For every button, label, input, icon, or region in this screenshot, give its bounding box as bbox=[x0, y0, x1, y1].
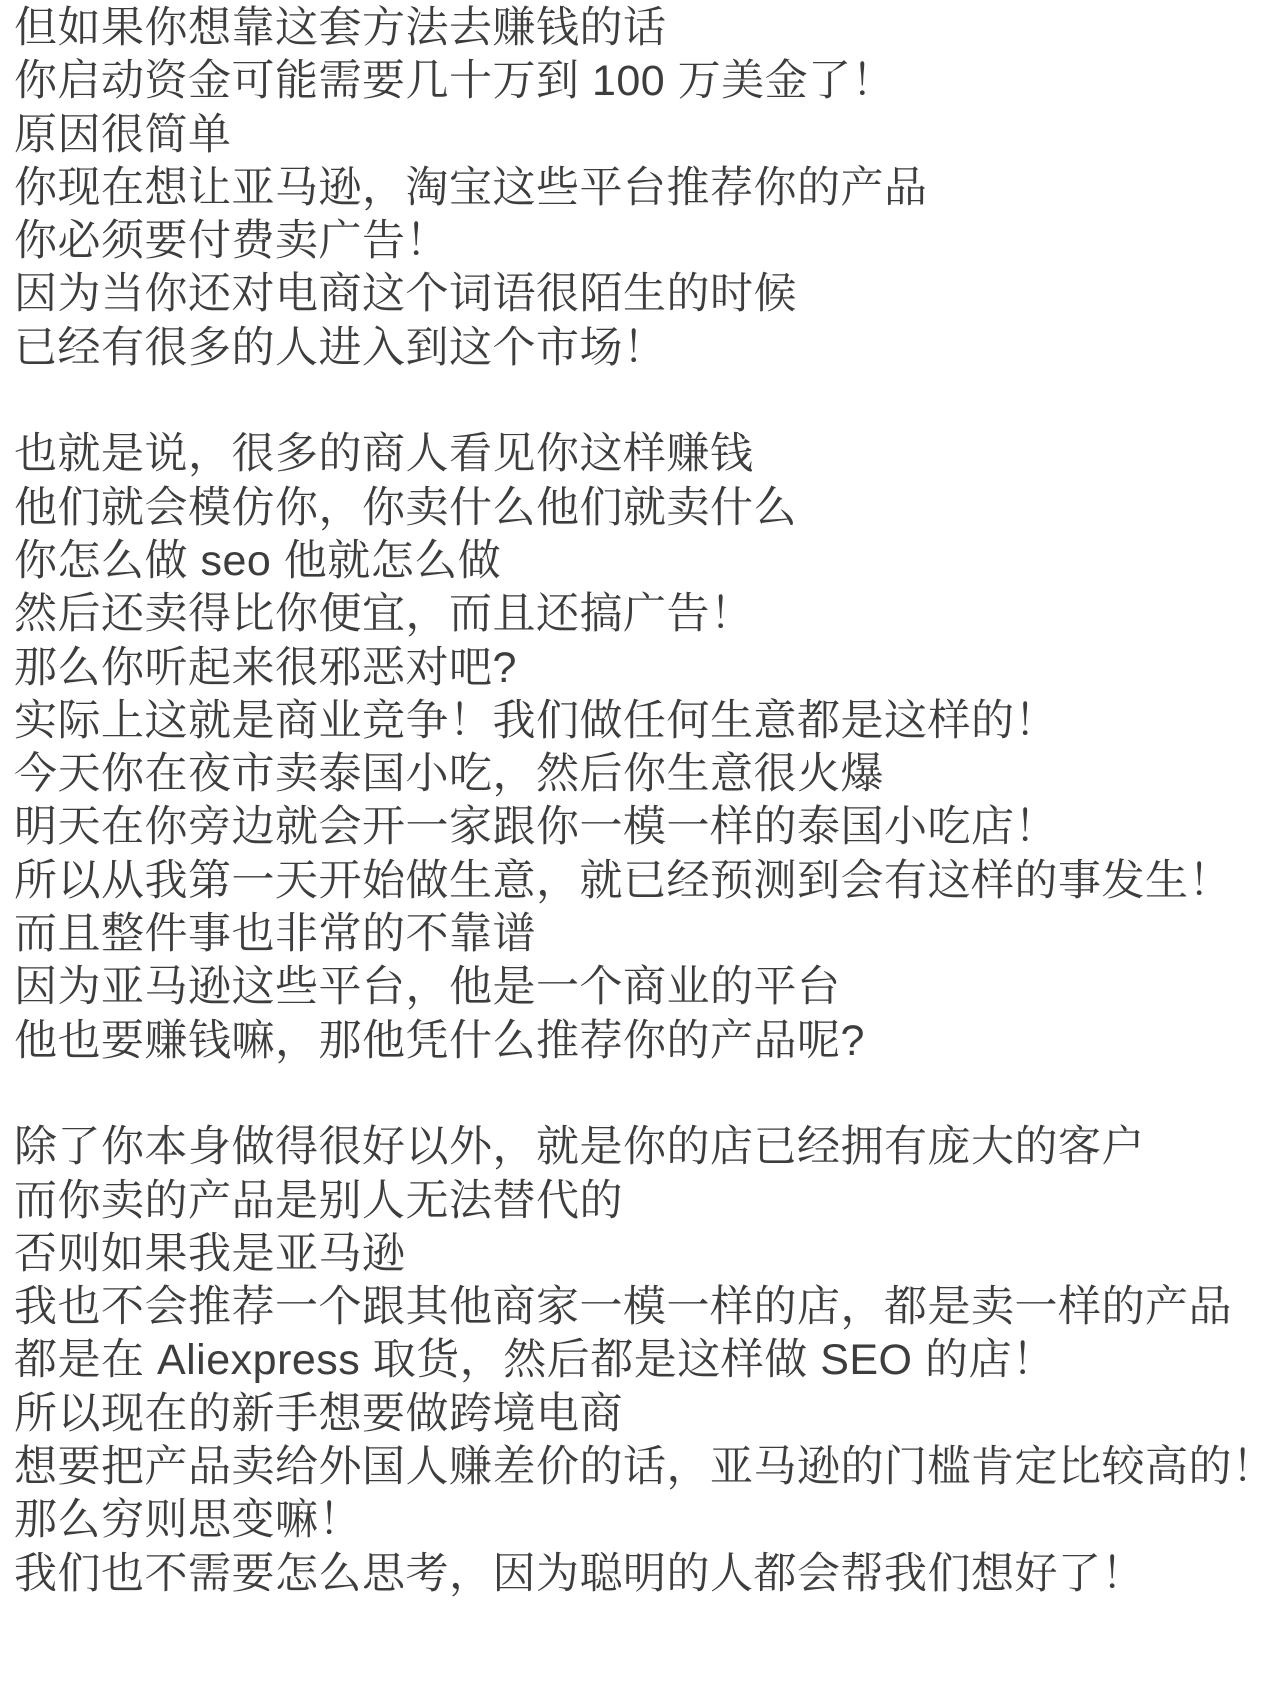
transcript-line: 原因很简单 bbox=[14, 109, 1270, 162]
transcript-page: 但如果你想靠这套方法去赚钱的话你启动资金可能需要几十万到 100 万美金了！原因… bbox=[0, 0, 1280, 1706]
transcript-line: 我也不会推荐一个跟其他商家一模一样的店，都是卖一样的产品 bbox=[14, 1281, 1270, 1334]
blank-line bbox=[14, 1068, 1270, 1121]
transcript-line: 我们也不需要怎么思考，因为聪明的人都会帮我们想好了！ bbox=[14, 1548, 1270, 1601]
transcript-line: 因为当你还对电商这个词语很陌生的时候 bbox=[14, 268, 1270, 321]
transcript-line: 所以从我第一天开始做生意，就已经预测到会有这样的事发生！ bbox=[14, 855, 1270, 908]
transcript-line: 明天在你旁边就会开一家跟你一模一样的泰国小吃店！ bbox=[14, 801, 1270, 854]
transcript-line: 他们就会模仿你，你卖什么他们就卖什么 bbox=[14, 482, 1270, 535]
transcript-line: 而你卖的产品是别人无法替代的 bbox=[14, 1175, 1270, 1228]
transcript-line: 都是在 Aliexpress 取货，然后都是这样做 SEO 的店！ bbox=[14, 1334, 1270, 1387]
transcript-line: 今天你在夜市卖泰国小吃，然后你生意很火爆 bbox=[14, 748, 1270, 801]
transcript-line: 那么你听起来很邪恶对吧? bbox=[14, 642, 1270, 695]
transcript-line: 但如果你想靠这套方法去赚钱的话 bbox=[14, 2, 1270, 55]
blank-line bbox=[14, 375, 1270, 428]
transcript-line: 而且整件事也非常的不靠谱 bbox=[14, 908, 1270, 961]
transcript-line: 也就是说，很多的商人看见你这样赚钱 bbox=[14, 428, 1270, 481]
transcript-line: 因为亚马逊这些平台，他是一个商业的平台 bbox=[14, 961, 1270, 1014]
transcript-line: 想要把产品卖给外国人赚差价的话，亚马逊的门槛肯定比较高的！ bbox=[14, 1441, 1270, 1494]
transcript-lines: 但如果你想靠这套方法去赚钱的话你启动资金可能需要几十万到 100 万美金了！原因… bbox=[14, 2, 1270, 1601]
transcript-line: 你启动资金可能需要几十万到 100 万美金了！ bbox=[14, 55, 1270, 108]
transcript-line: 那么穷则思变嘛！ bbox=[14, 1494, 1270, 1547]
transcript-line: 所以现在的新手想要做跨境电商 bbox=[14, 1388, 1270, 1441]
transcript-line: 实际上这就是商业竞争！我们做任何生意都是这样的！ bbox=[14, 695, 1270, 748]
transcript-line: 然后还卖得比你便宜，而且还搞广告！ bbox=[14, 588, 1270, 641]
transcript-line: 你现在想让亚马逊，淘宝这些平台推荐你的产品 bbox=[14, 162, 1270, 215]
transcript-line: 你必须要付费卖广告！ bbox=[14, 215, 1270, 268]
transcript-line: 否则如果我是亚马逊 bbox=[14, 1228, 1270, 1281]
transcript-line: 已经有很多的人进入到这个市场！ bbox=[14, 322, 1270, 375]
transcript-line: 他也要赚钱嘛，那他凭什么推荐你的产品呢? bbox=[14, 1015, 1270, 1068]
transcript-line: 除了你本身做得很好以外，就是你的店已经拥有庞大的客户 bbox=[14, 1121, 1270, 1174]
transcript-line: 你怎么做 seo 他就怎么做 bbox=[14, 535, 1270, 588]
